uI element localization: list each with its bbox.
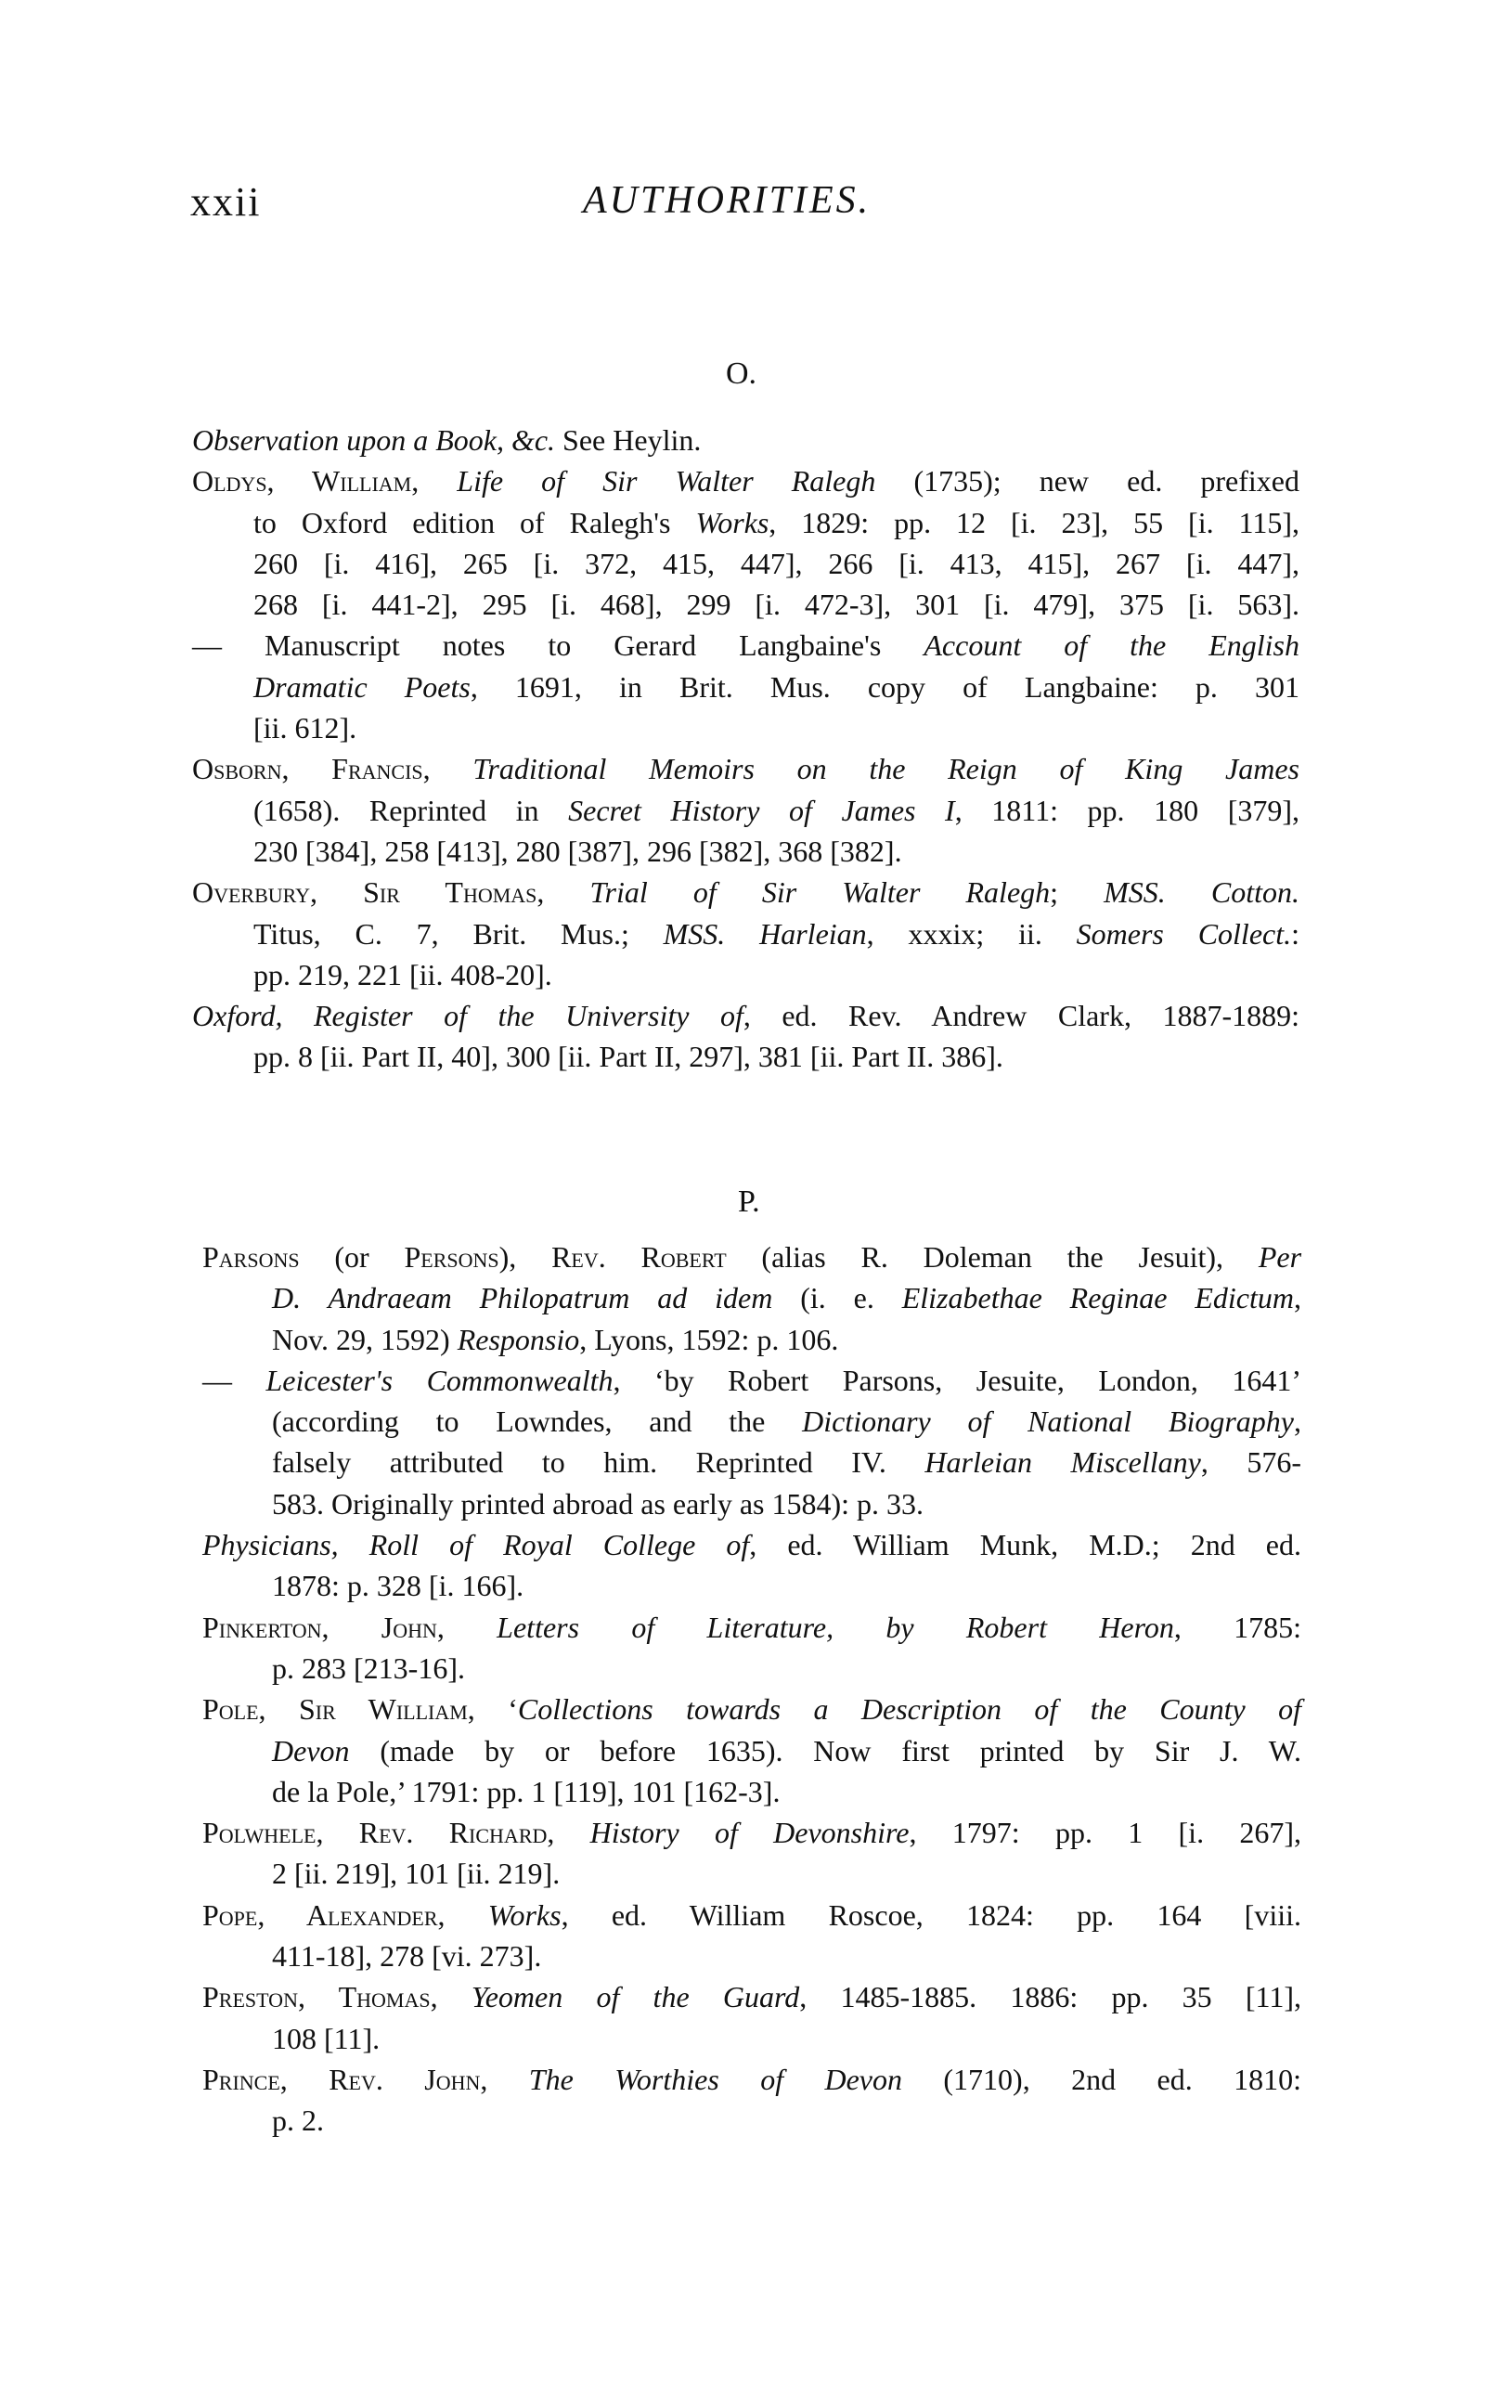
entry-preston: Preston, Thomas, Yeomen of the Guard, 14… [202,1976,1301,2059]
entry-line: — Manuscript notes to Gerard Langbaine's… [192,625,1299,666]
work-title: Yeomen of the Guard [438,1980,800,2013]
author-name: Prince, Rev. John, [202,2063,487,2096]
entry-line: D. Andraeam Philopatrum ad idem (i. e. E… [272,1277,1301,1318]
entry-line: [ii. 612]. [253,707,1299,748]
entry-line: p. 2. [272,2100,1301,2141]
entry-line: pp. 219, 221 [ii. 408-20]. [253,954,1299,995]
entry-line: Physicians, Roll of Royal College of, ed… [202,1524,1301,1565]
entry-oldys: Oldys, William, Life of Sir Walter Raleg… [192,460,1299,625]
entry-pinkerton: Pinkerton, John, Letters of Literature, … [202,1607,1301,1689]
section-heading-o: O. [726,358,756,390]
entry-line: Pope, Alexander, Works, ed. William Rosc… [202,1895,1301,1935]
work-title: Trial of Sir Walter Ralegh [544,875,1050,909]
entry-line: Preston, Thomas, Yeomen of the Guard, 14… [202,1976,1301,2017]
entry-line: Pinkerton, John, Letters of Literature, … [202,1607,1301,1648]
entry-line: Observation upon a Book, &c. See Heylin. [192,420,1299,460]
entry-oxford: Oxford, Register of the University of, e… [192,995,1299,1078]
entry-line: 230 [384], 258 [413], 280 [387], 296 [38… [253,831,1299,872]
entry-line: Oldys, William, Life of Sir Walter Raleg… [192,460,1299,501]
entry-line: — Leicester's Commonwealth, ‘by Robert P… [202,1360,1301,1401]
entry-line: Prince, Rev. John, The Worthies of Devon… [202,2059,1301,2100]
entry-physicians: Physicians, Roll of Royal College of, ed… [202,1524,1301,1607]
author-name: Overbury, Sir Thomas, [192,875,544,909]
entry-line: pp. 8 [ii. Part II, 40], 300 [ii. Part I… [253,1036,1299,1077]
work-title: Oxford, Register of the University of [192,999,743,1032]
entry-oldys-manuscript: — Manuscript notes to Gerard Langbaine's… [192,625,1299,748]
entry-line: (according to Lowndes, and the Dictionar… [272,1401,1301,1442]
entry-pole: Pole, Sir William, ‘Collections towards … [202,1689,1301,1812]
entry-line: to Oxford edition of Ralegh's Works, 182… [253,502,1299,543]
work-title: Traditional Memoirs on the Reign of King… [431,752,1299,785]
entry-polwhele: Polwhele, Rev. Richard, History of Devon… [202,1812,1301,1895]
author-name: Polwhele, Rev. Richard, [202,1816,554,1849]
work-title: Works [446,1898,562,1932]
entry-line: 411-18], 278 [vi. 273]. [272,1935,1301,1976]
work-title: The Worthies of Devon [487,2063,902,2096]
entry-line: de la Pole,’ 1791: pp. 1 [119], 101 [162… [272,1771,1301,1812]
running-title: AUTHORITIES. [583,180,871,221]
work-title: Letters of Literature, by Robert Heron [445,1611,1174,1644]
entry-leicesters-commonwealth: — Leicester's Commonwealth, ‘by Robert P… [202,1360,1301,1524]
entry-pope: Pope, Alexander, Works, ed. William Rosc… [202,1895,1301,1977]
work-title: Life of Sir Walter Ralegh [419,464,875,498]
entry-parsons: Parsons (or Persons), Rev. Robert (alias… [202,1236,1301,1360]
author-name: Pole, Sir William, [202,1692,475,1726]
entry-line: 260 [i. 416], 265 [i. 372, 415, 447], 26… [253,543,1299,584]
entry-line: (1658). Reprinted in Secret History of J… [253,790,1299,831]
author-name: Preston, Thomas, [202,1980,438,2013]
author-name: Oldys, William, [192,464,419,498]
entry-overbury: Overbury, Sir Thomas, Trial of Sir Walte… [192,872,1299,995]
entry-line: p. 283 [213-16]. [272,1648,1301,1689]
entry-line: Oxford, Register of the University of, e… [192,995,1299,1036]
page-number: xxii [190,182,261,223]
entry-line: Osborn, Francis, Traditional Memoirs on … [192,748,1299,789]
entry-line: Pole, Sir William, ‘Collections towards … [202,1689,1301,1729]
entry-line: Dramatic Poets, 1691, in Brit. Mus. copy… [253,667,1299,707]
entry-line: Overbury, Sir Thomas, Trial of Sir Walte… [192,872,1299,913]
entry-osborn: Osborn, Francis, Traditional Memoirs on … [192,748,1299,872]
entry-line: Nov. 29, 1592) Responsio, Lyons, 1592: p… [272,1319,1301,1360]
section-heading-p: P. [738,1186,760,1218]
entry-observation: Observation upon a Book, &c. See Heylin. [192,420,1299,460]
entry-line: 1878: p. 328 [i. 166]. [272,1565,1301,1606]
work-title: Physicians, Roll of Royal College of [202,1528,749,1561]
entry-line: 583. Originally printed abroad as early … [272,1483,1301,1524]
author-name: Pinkerton, John, [202,1611,445,1644]
work-title: History of Devonshire [554,1816,909,1849]
entry-line: Titus, C. 7, Brit. Mus.; MSS. Harleian, … [253,913,1299,954]
entry-line: 268 [i. 441-2], 295 [i. 468], 299 [i. 47… [253,584,1299,625]
entry-line: 108 [11]. [272,2018,1301,2059]
entry-line: Devon (made by or before 1635). Now firs… [272,1730,1301,1771]
section-o: Observation upon a Book, &c. See Heylin.… [192,420,1299,1078]
entry-line: falsely attributed to him. Reprinted IV.… [272,1442,1301,1482]
entry-line: Polwhele, Rev. Richard, History of Devon… [202,1812,1301,1853]
entry-prince: Prince, Rev. John, The Worthies of Devon… [202,2059,1301,2142]
section-p: Parsons (or Persons), Rev. Robert (alias… [202,1236,1301,2142]
work-title: Collections towards a Description of the… [518,1692,1301,1726]
author-name: Osborn, Francis, [192,752,431,785]
entry-line: 2 [ii. 219], 101 [ii. 219]. [272,1853,1301,1894]
entry-line: Parsons (or Persons), Rev. Robert (alias… [202,1236,1301,1277]
author-name: Pope, Alexander, [202,1898,446,1932]
